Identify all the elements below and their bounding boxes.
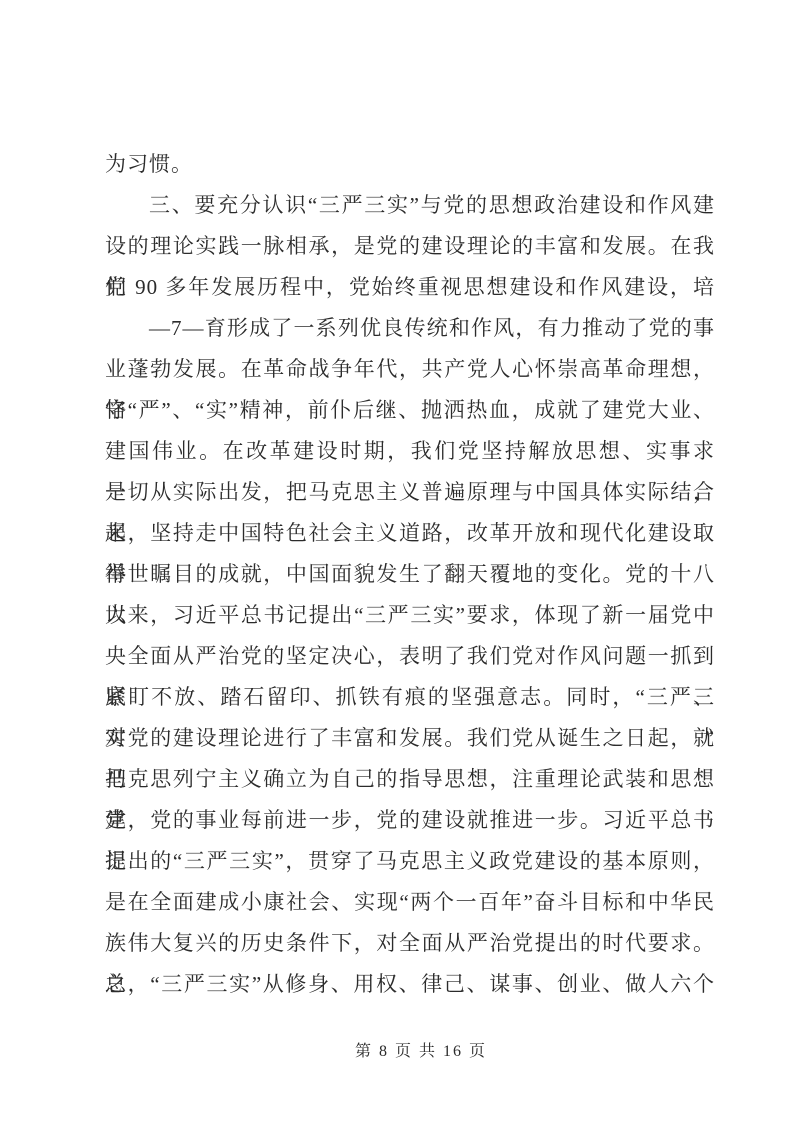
text-line: 以来，习近平总书记提出“三严三实”要求，体现了新一届党中	[105, 595, 715, 636]
text-line: 一切从实际出发，把马克思主义普遍原理与中国具体实际结合起	[105, 472, 715, 513]
text-line: 党 90 多年发展历程中，党始终重视思想建设和作风建设，培	[105, 267, 715, 308]
text-line: 设的理论实践一脉相承，是党的建设理论的丰富和发展。在我们	[105, 226, 715, 267]
text-line: 是在全面建成小康社会、实现“两个一百年”奋斗目标和中华民	[105, 882, 715, 923]
text-line: 业蓬勃发展。在革命战争年代，共产党人心怀崇高革命理想，恪	[105, 349, 715, 390]
text-line: 族伟大复兴的历史条件下，对全面从严治党提出的时代要求。总	[105, 923, 715, 964]
document-page: 为习惯。三、要充分认识“三严三实”与党的思想政治建设和作风建设的理论实践一脉相承…	[0, 0, 800, 1132]
text-line: 对党的建设理论进行了丰富和发展。我们党从诞生之日起，就把	[105, 718, 715, 759]
text-line: 提出的“三严三实”，贯穿了马克思主义政党建设的基本原则，	[105, 841, 715, 882]
text-line: 央全面从严治党的坚定决心，表明了我们党对作风问题一抓到底、	[105, 636, 715, 677]
text-line: 来，坚持走中国特色社会主义道路，改革开放和现代化建设取得	[105, 513, 715, 554]
text-line: 党，党的事业每前进一步，党的建设就推进一步。习近平总书记	[105, 800, 715, 841]
page-number-footer: 第 8 页 共 16 页	[105, 1038, 715, 1061]
text-line: 为习惯。	[105, 144, 715, 185]
text-line: 之，“三严三实”从修身、用权、律己、谋事、创业、做人六个	[105, 964, 715, 1005]
text-line: 建国伟业。在改革建设时期，我们党坚持解放思想、实事求是，	[105, 431, 715, 472]
text-line: 紧盯不放、踏石留印、抓铁有痕的坚强意志。同时，“三严三实”	[105, 677, 715, 718]
text-line: —7—育形成了一系列优良传统和作风，有力推动了党的事	[105, 308, 715, 349]
text-line: 守“严”、“实”精神，前仆后继、抛洒热血，成就了建党大业、	[105, 390, 715, 431]
text-line: 马克思列宁主义确立为自己的指导思想，注重理论武装和思想建	[105, 759, 715, 800]
text-line: 三、要充分认识“三严三实”与党的思想政治建设和作风建	[105, 185, 715, 226]
document-body-text: 为习惯。三、要充分认识“三严三实”与党的思想政治建设和作风建设的理论实践一脉相承…	[105, 144, 715, 1005]
text-line: 举世瞩目的成就，中国面貌发生了翻天覆地的变化。党的十八大	[105, 554, 715, 595]
